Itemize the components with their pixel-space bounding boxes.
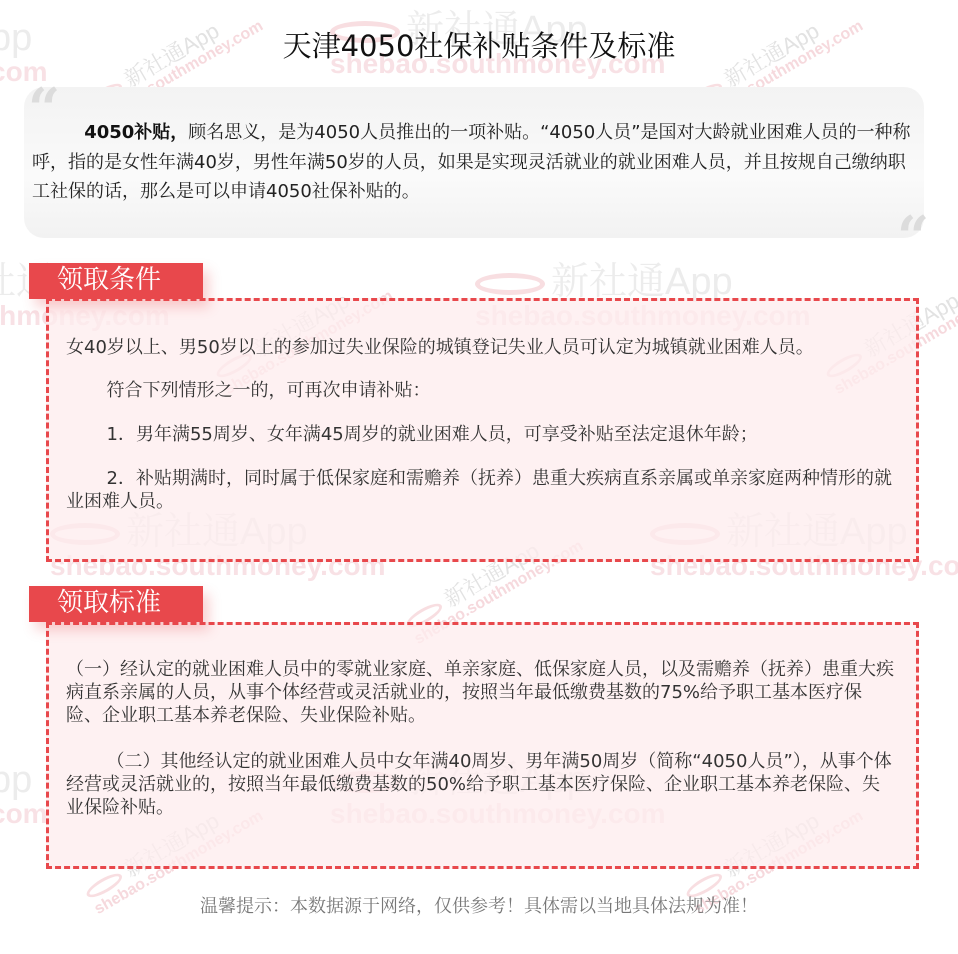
conditions-paragraph: 女40岁以上、男50岁以上的参加过失业保险的城镇登记失业人员可认定为城镇就业困难… [66, 336, 906, 359]
intro-quote-box: “ 4050补贴，顾名思义，是为4050人员推出的一项补贴。“4050人员”是国… [24, 87, 924, 238]
footer-disclaimer: 温馨提示：本数据源于网络，仅供参考！具体需以当地具体法规为准！ [0, 892, 958, 918]
conditions-paragraph: 2．补贴期满时，同时属于低保家庭和需赡养（抚养）患重大疾病直系亲属或单亲家庭两种… [66, 467, 906, 513]
intro-bold-lead: 4050补贴， [84, 122, 188, 143]
intro-text: 4050补贴，顾名思义，是为4050人员推出的一项补贴。“4050人员”是国对大… [32, 118, 912, 207]
section-heading-conditions: 领取条件 [29, 263, 203, 299]
conditions-paragraph: 1．男年满55周岁、女年满45周岁的就业困难人员，可享受补贴至法定退休年龄； [66, 423, 906, 446]
quote-close-icon: “ [897, 209, 929, 265]
section-heading-standards: 领取标准 [29, 586, 203, 622]
watermark: ppcom [0, 760, 48, 828]
conditions-paragraph: 符合下列情形之一的，可再次申请补贴： [66, 379, 906, 402]
standards-paragraph: （一）经认定的就业困难人员中的零就业家庭、单亲家庭、低保家庭人员，以及需赡养（抚… [66, 658, 894, 727]
page-title: 天津4050社保补贴条件及标准 [0, 24, 958, 65]
standards-paragraph: （二）其他经认定的就业困难人员中女年满40周岁、男年满50周岁（简称“4050人… [66, 750, 894, 819]
